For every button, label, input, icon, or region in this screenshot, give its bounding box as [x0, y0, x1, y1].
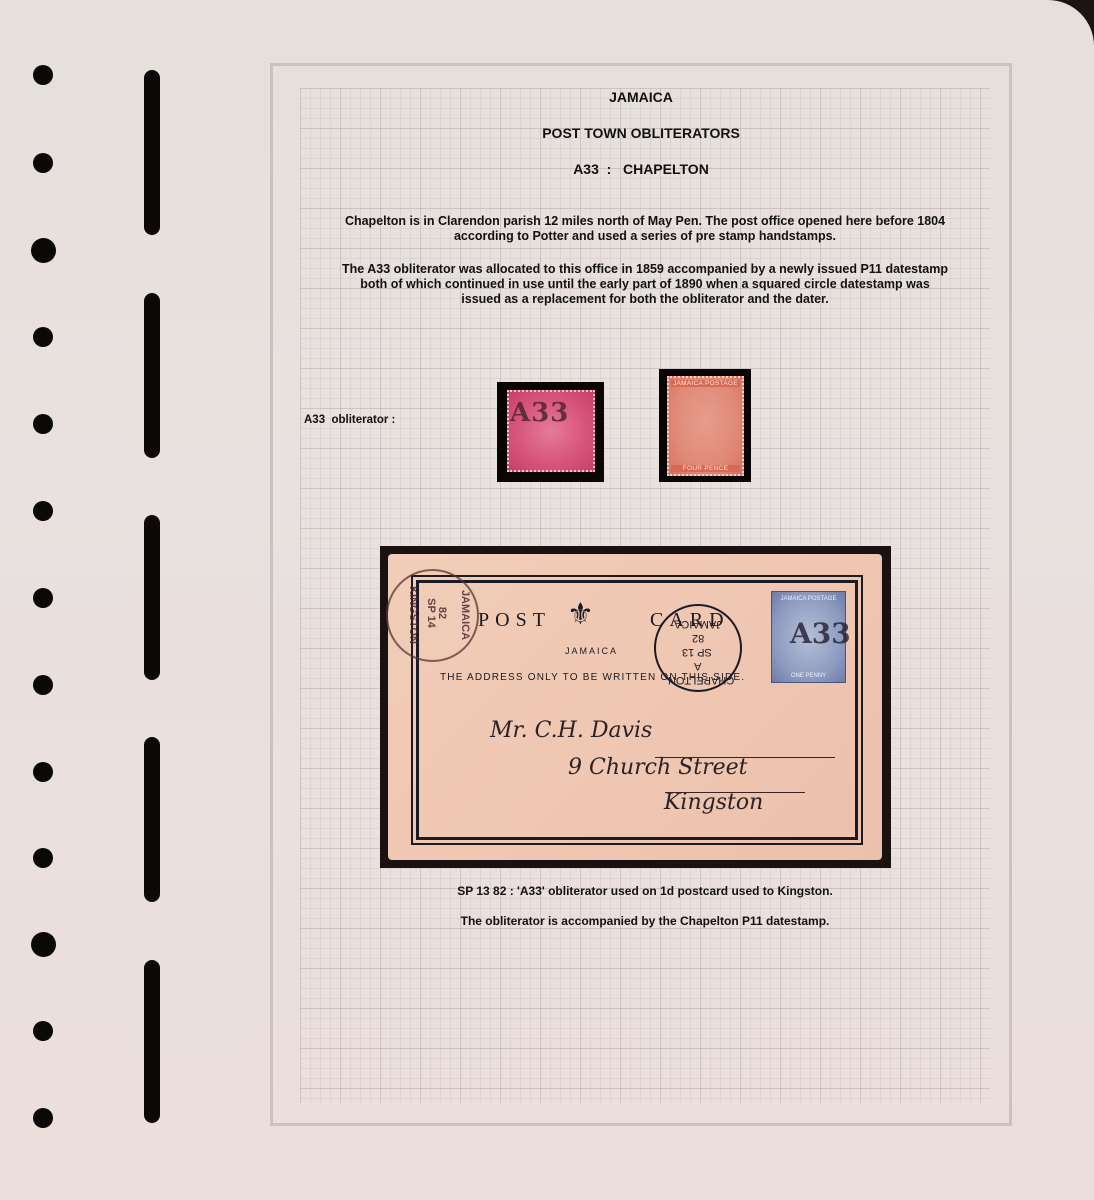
binder-hole [33, 327, 53, 347]
binder-hole [33, 675, 53, 695]
history-line: issued as a replacement for both the obl… [300, 292, 990, 307]
postcard-country: JAMAICA [565, 646, 618, 656]
binder-slot [144, 515, 160, 680]
binder-hole [33, 501, 53, 521]
page-heading: JAMAICA [270, 89, 1012, 105]
datestamp-town: CHAPELTON [668, 674, 734, 686]
kingston-datestamp: KINGSTON SP 14 82 JAMAICA [386, 569, 479, 662]
obliterator-label: A33 obliterator : [304, 414, 395, 426]
imprinted-stamp: JAMAICA POSTAGE A33 ONE PENNY [771, 591, 846, 683]
binder-hole [33, 1021, 53, 1041]
history-paragraph: The A33 obliterator was allocated to thi… [300, 262, 990, 307]
intro-line: according to Potter and used a series of… [300, 229, 990, 244]
caption-line: SP 13 82 : 'A33' obliterator used on 1d … [300, 884, 990, 898]
binder-hole [33, 153, 53, 173]
binder-hole [31, 932, 56, 957]
datestamp-date: SP 14 [425, 598, 437, 628]
history-line: The A33 obliterator was allocated to thi… [300, 262, 990, 277]
address-line: Kingston [664, 790, 763, 815]
underline [655, 757, 835, 758]
stamp-bottom-text: FOUR PENCE [671, 465, 740, 472]
intro-line: Chapelton is in Clarendon parish 12 mile… [300, 214, 990, 229]
binder-hole [33, 65, 53, 85]
datestamp-letter: A [694, 660, 701, 672]
caption-line: The obliterator is accompanied by the Ch… [300, 914, 990, 928]
history-line: both of which continued in use until the… [300, 277, 990, 292]
four-pence-stamp: JAMAICA POSTAGE FOUR PENCE [667, 376, 744, 476]
intro-paragraph: Chapelton is in Clarendon parish 12 mile… [300, 214, 990, 244]
a33-cancel: A33 [510, 398, 569, 428]
stamp-top-text: JAMAICA POSTAGE [774, 596, 843, 602]
a33-cancel: A33 [790, 617, 851, 650]
binder-slot [144, 737, 160, 902]
album-page: JAMAICA POST TOWN OBLITERATORS A33 : CHA… [0, 0, 1094, 1200]
binder-hole [31, 238, 56, 263]
stamp-bottom-text: ONE PENNY [774, 673, 843, 679]
stamp-top-text: JAMAICA POSTAGE [671, 380, 740, 387]
binder-slot [144, 70, 160, 235]
binder-slot [144, 293, 160, 458]
postcard-word-post: POST [478, 609, 551, 632]
datestamp-country: JAMAICA [459, 590, 471, 640]
binder-hole [33, 848, 53, 868]
page-subheading: POST TOWN OBLITERATORS [270, 125, 1012, 141]
binder-hole [33, 762, 53, 782]
coat-of-arms-icon: ⚜ [567, 597, 594, 632]
datestamp-year: 82 [436, 607, 448, 619]
binder-hole [33, 588, 53, 608]
address-line: Mr. C.H. Davis [490, 718, 652, 743]
address-line: 9 Church Street [568, 755, 747, 780]
binder-slot [144, 960, 160, 1123]
datestamp-country: JAMAICA [674, 618, 722, 630]
section-title: A33 : CHAPELTON [270, 161, 1012, 177]
binder-hole [33, 1108, 53, 1128]
binder-hole [33, 414, 53, 434]
datestamp-year: 82 [692, 632, 704, 644]
underline [665, 792, 805, 793]
chapelton-datestamp: JAMAICA 82 SP 13 A CHAPELTON [654, 604, 742, 692]
datestamp-town: KINGSTON [407, 586, 419, 644]
datestamp-date: SP 13 [682, 646, 712, 658]
